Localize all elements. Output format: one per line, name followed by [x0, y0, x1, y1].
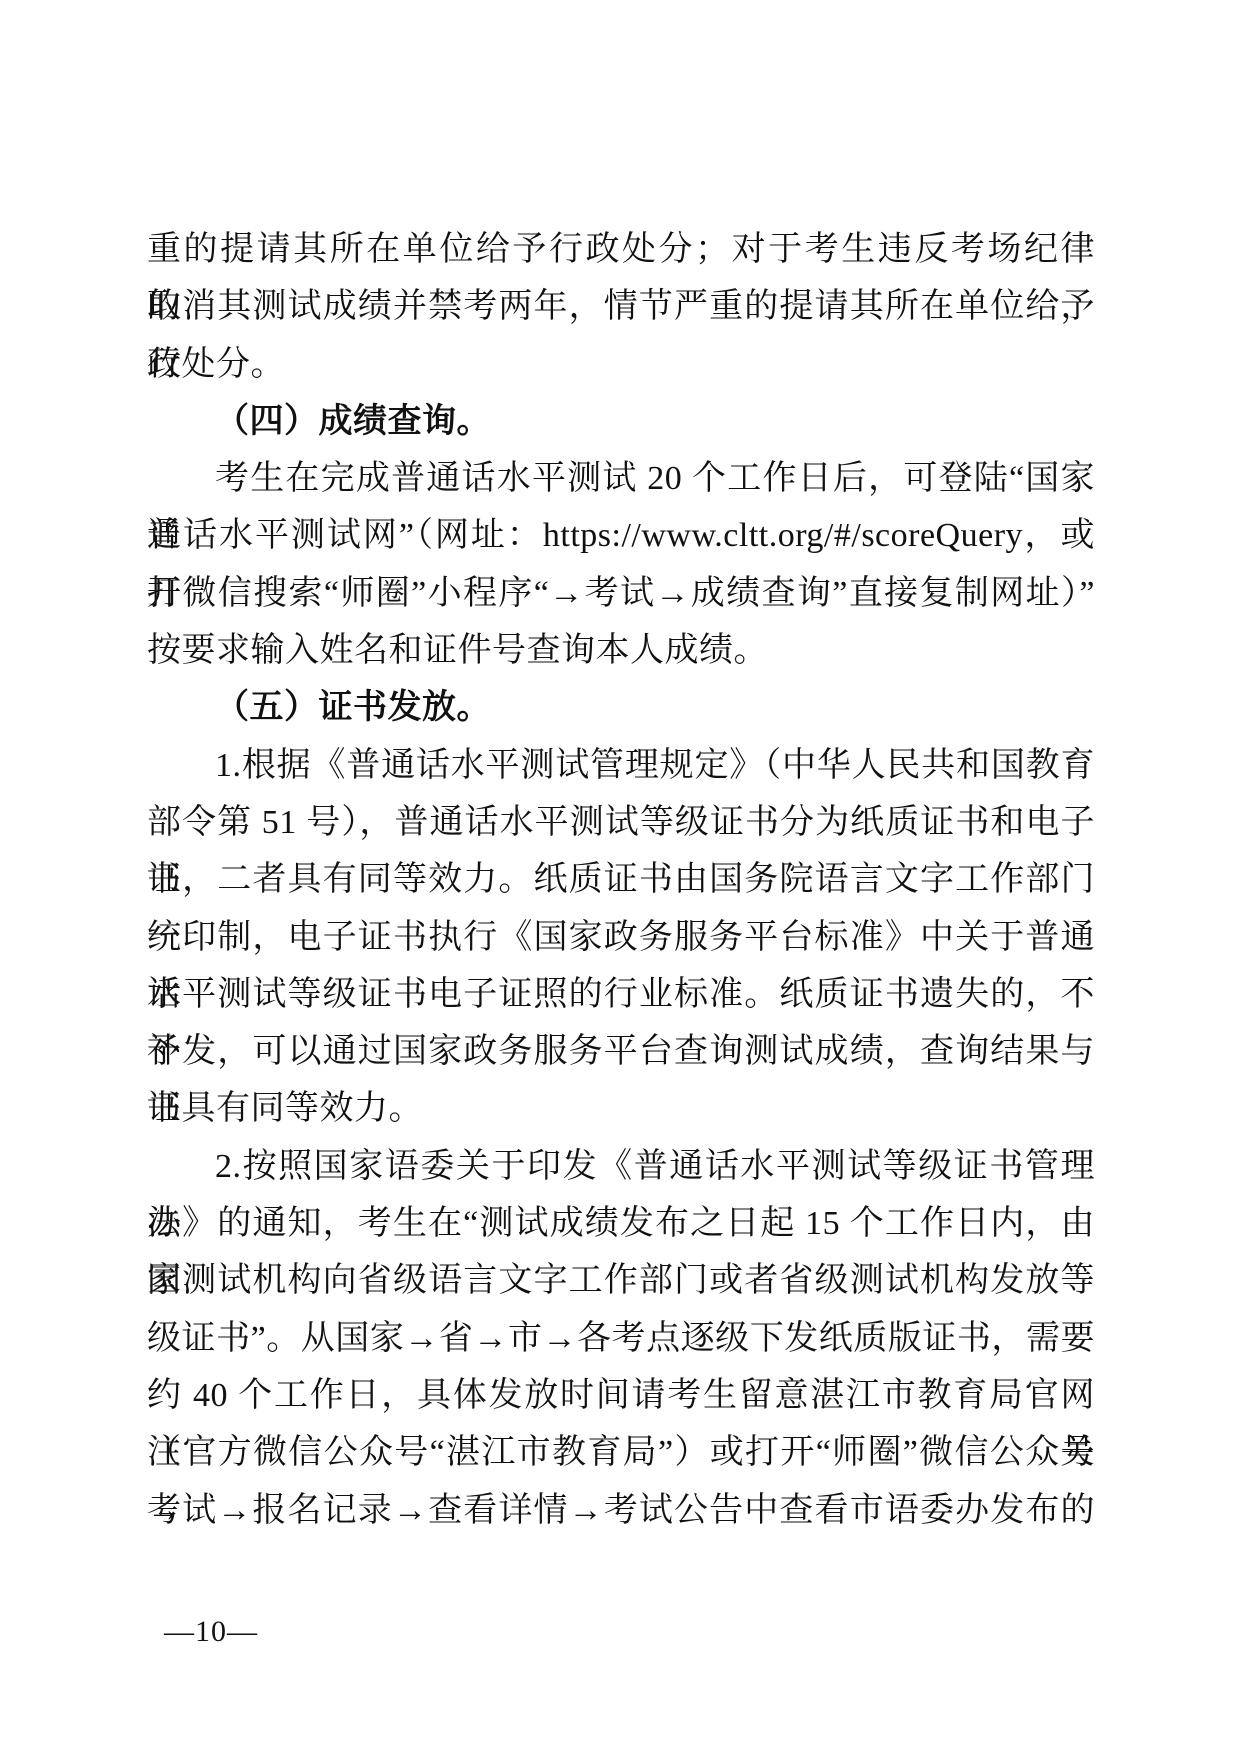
- text-line: 2.按照国家语委关于印发《普通话水平测试等级证书管理办: [147, 1138, 1095, 1195]
- text-line: 考生在完成普通话水平测试 20 个工作日后，可登陆“国家普: [147, 450, 1095, 507]
- text-line: 级证书”。从国家→省→市→各考点逐级下发纸质版证书，需要: [147, 1310, 1095, 1367]
- text-line: 书，二者具有同等效力。纸质证书由国务院语言文字工作部门统: [147, 851, 1095, 908]
- text-line: 法》的通知，考生在“测试成绩发布之日起 15 个工作日内，由国: [147, 1195, 1095, 1252]
- text-line: 注官方微信公众号“湛江市教育局”）或打开“师圈”微信公众号→: [147, 1424, 1095, 1481]
- text-line: 补发，可以通过国家政务服务平台查询测试成绩，查询结果与证: [147, 1023, 1095, 1080]
- text-line: 重的提请其所在单位给予行政处分；对于考生违反考场纪律的，: [147, 221, 1095, 278]
- text-line: 部令第 51 号），普通话水平测试等级证书分为纸质证书和电子证: [147, 794, 1095, 851]
- text-line: 开微信搜索“师圈”小程序“→考试→成绩查询”直接复制网址）”: [147, 565, 1095, 622]
- section-heading: （四）成绩查询。: [147, 393, 1095, 450]
- page-number: —10—: [164, 1612, 258, 1652]
- text-line: 通话水平测试网”（网址：https://www.cltt.org/#/score…: [147, 507, 1095, 564]
- text-line: 书具有同等效力。: [147, 1080, 1095, 1137]
- section-heading: （五）证书发放。: [147, 679, 1095, 736]
- text-line: 考试→报名记录→查看详情→考试公告中查看市语委办发布的: [147, 1482, 1095, 1539]
- text-line: 取消其测试成绩并禁考两年，情节严重的提请其所在单位给予行: [147, 278, 1095, 335]
- document-page: 重的提请其所在单位给予行政处分；对于考生违反考场纪律的，取消其测试成绩并禁考两年…: [0, 0, 1240, 1754]
- text-line: 一印制，电子证书执行《国家政务服务平台标准》中关于普通话: [147, 909, 1095, 966]
- text-line: 政处分。: [147, 336, 1095, 393]
- document-body: 重的提请其所在单位给予行政处分；对于考生违反考场纪律的，取消其测试成绩并禁考两年…: [147, 221, 1095, 1539]
- text-line: 水平测试等级证书电子证照的行业标准。纸质证书遗失的，不予: [147, 966, 1095, 1023]
- text-line: 约 40 个工作日，具体发放时间请考生留意湛江市教育局官网（关: [147, 1367, 1095, 1424]
- text-line: 家测试机构向省级语言文字工作部门或者省级测试机构发放等: [147, 1252, 1095, 1309]
- text-line: 按要求输入姓名和证件号查询本人成绩。: [147, 622, 1095, 679]
- text-line: 1.根据《普通话水平测试管理规定》（中华人民共和国教育: [147, 737, 1095, 794]
